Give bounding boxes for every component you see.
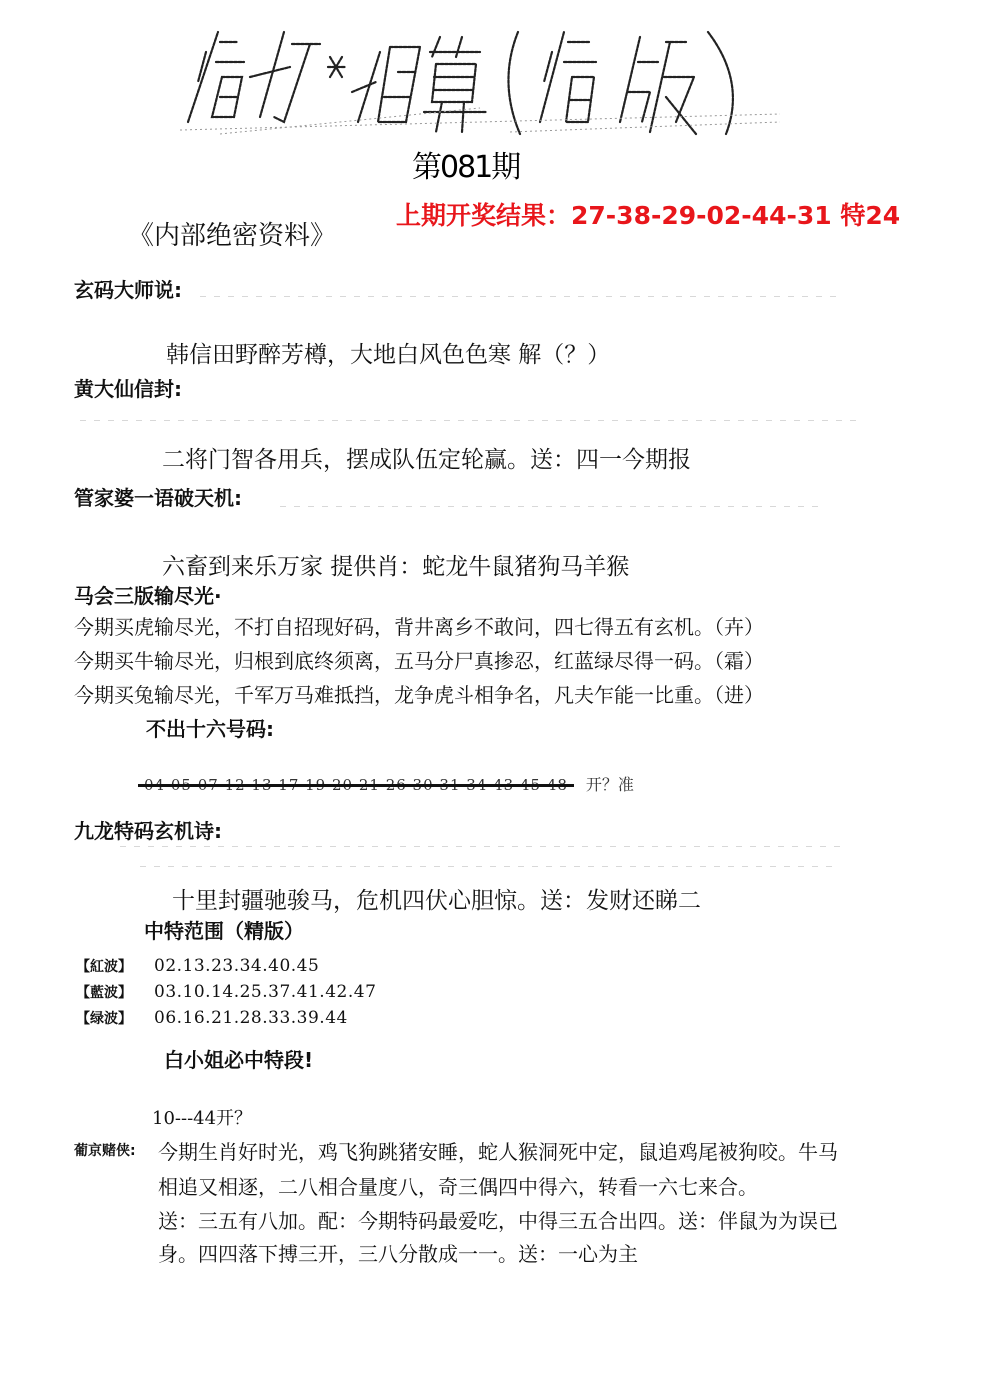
excluded-numbers: 04 05 07 12 13 17 19 20 21 26 30 31 34 4… [144,776,568,794]
divider [280,506,820,507]
heading-nine-dragons: 九龙特码玄机诗: [74,815,222,844]
verse-immortal: 二将门智各用兵，摆成队伍定轮赢。送：四一今期报 [162,441,691,474]
banner-title [180,22,780,142]
wave-label: 【绿波】 [76,1008,154,1028]
issue-number: 第081期 [412,142,519,186]
divider [120,846,840,847]
last-results-numbers: 27-38-29-02-44-31 [571,201,832,230]
gambler-label: 葡京赌侠: [74,1140,136,1160]
wave-numbers: 03.10.14.25.37.41.42.47 [154,982,376,1002]
gambler-line: 今期生肖好时光，鸡飞狗跳猪安睡，蛇人猴洞死中定，鼠追鸡尾被狗咬。牛马 [158,1136,838,1165]
wave-numbers: 06.16.21.28.33.39.44 [154,1008,348,1028]
divider [200,296,840,297]
gambler-line: 送：三五有八加。配：今期特码最爱吃，中得三五合出四。送：伴鼠为为误已 [158,1205,838,1234]
heading-immortal: 黄大仙信封: [74,373,182,402]
three-editions-line: 今期买虎输尽光，不打自招现好码，背井离乡不敢问，四七得五有玄机。（卉） [74,611,764,640]
verse-housekeeper: 六畜到来乐万家 提供肖：蛇龙牛鼠猪狗马羊猴 [162,548,629,581]
wave-label: 【藍波】 [76,982,154,1002]
heading-master: 玄码大师说: [74,274,182,303]
wave-row-green: 【绿波】06.16.21.28.33.39.44 [76,1008,348,1028]
wave-label: 【紅波】 [76,956,154,976]
divider [80,420,860,421]
heading-three-editions: 马会三版输尽光· [74,580,222,609]
wave-numbers: 02.13.23.34.40.45 [154,956,319,976]
gambler-line: 相追又相逐，二八相合量度八，奇三偶四中得六，转看一六七来合。 [158,1171,758,1200]
heading-housekeeper: 管家婆一语破天机: [74,482,242,511]
internal-title: 《内部绝密资料》 [128,215,336,252]
gambler-line: 身。四四落下搏三开，三八分散成一一。送：一心为主 [158,1238,638,1267]
heading-excluded: 不出十六号码: [146,713,274,742]
heading-miss-bai: 白小姐必中特段! [164,1044,313,1073]
banner-sketch-graphic [180,22,780,142]
verse-master: 韩信田野醉芳樽，大地白风色色寒 解（？） [166,336,610,369]
special-number: 特24 [840,201,900,230]
excluded-numbers-row: 04 05 07 12 13 17 19 20 21 26 30 31 34 4… [144,772,634,795]
last-results: 上期开奖结果：27-38-29-02-44-31 特24 [396,196,900,232]
miss-bai-range: 10---44开？ [152,1104,252,1130]
heading-range: 中特范围（精版） [144,915,304,944]
divider [140,866,840,867]
excluded-tail: 开？准 [586,775,634,794]
three-editions-line: 今期买兔输尽光，千军万马难抵挡，龙争虎斗相争名，凡夫乍能一比重。（进） [74,679,764,708]
last-results-label: 上期开奖结果： [396,201,571,230]
wave-row-red: 【紅波】02.13.23.34.40.45 [76,956,319,976]
verse-nine-dragons: 十里封疆驰骏马，危机四伏心胆惊。送：发财还睇二 [172,882,701,915]
wave-row-blue: 【藍波】03.10.14.25.37.41.42.47 [76,982,376,1002]
three-editions-line: 今期买牛输尽光，归根到底终须离，五马分尸真掺忍，红蓝绿尽得一码。（霜） [74,645,764,674]
